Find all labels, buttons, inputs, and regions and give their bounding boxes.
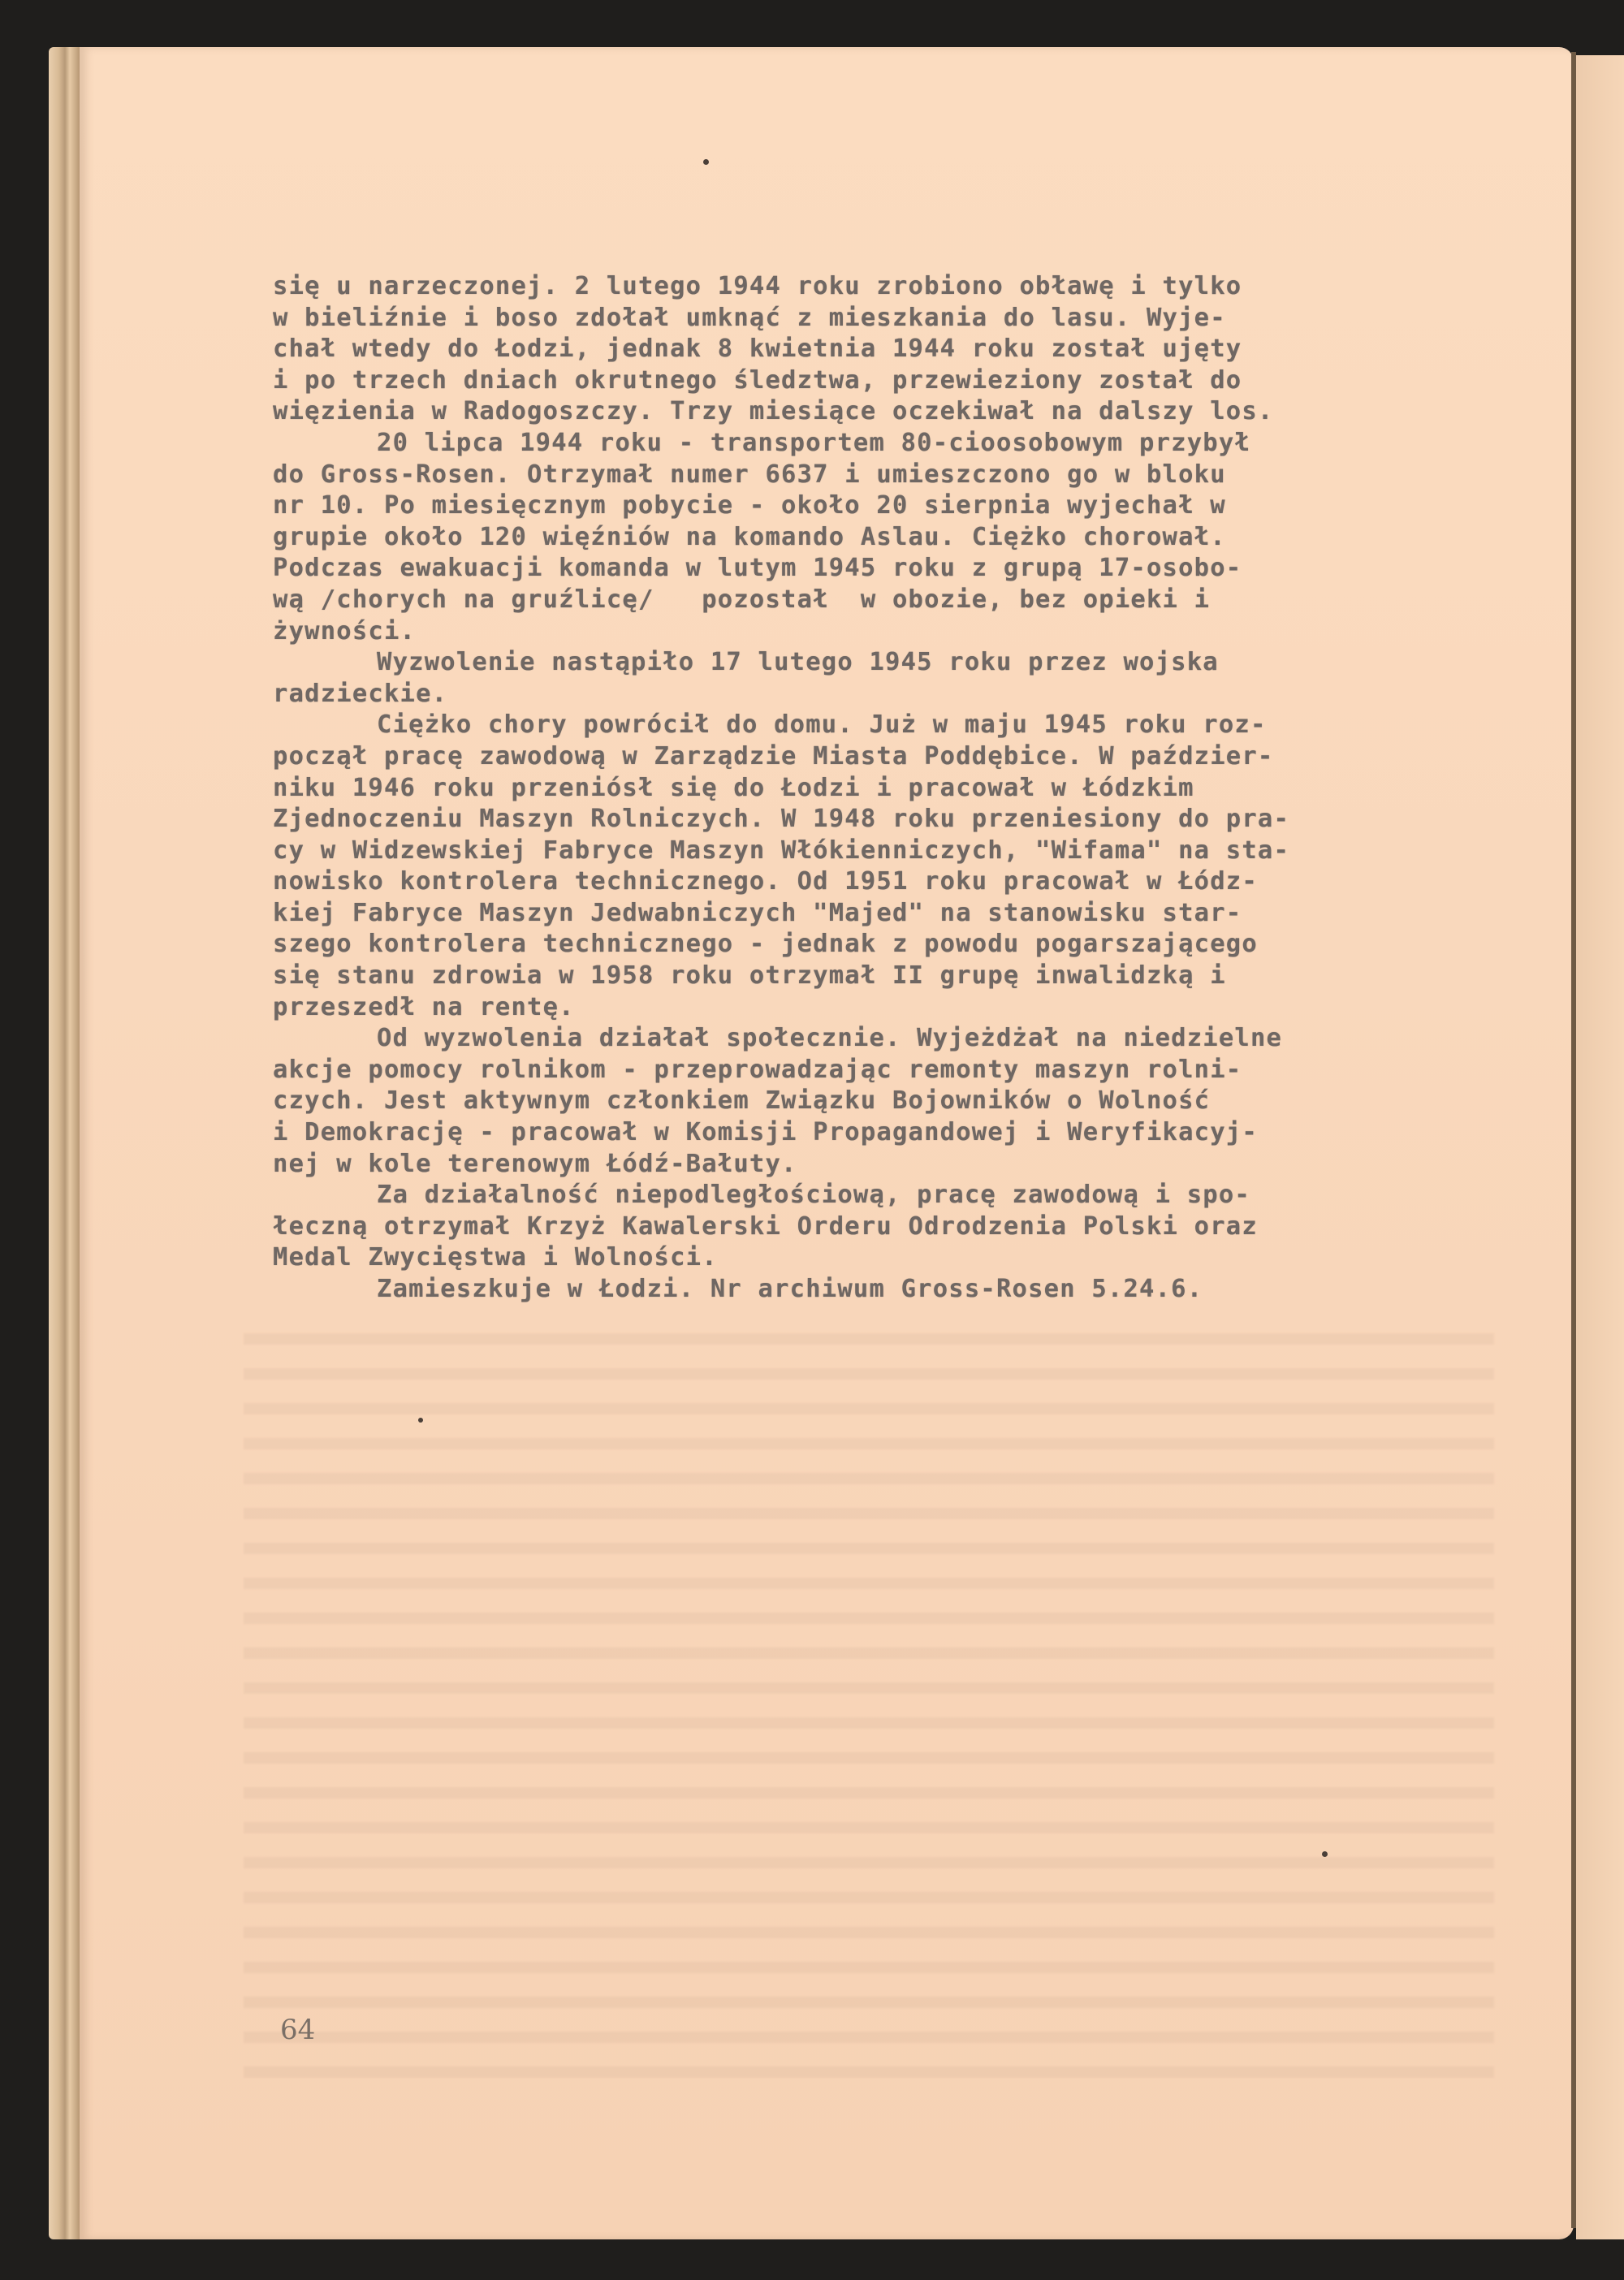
text-line: i po trzech dniach okrutnego śledztwa, p… [273, 365, 1483, 397]
text-line: Ciężko chory powrócił do domu. Już w maj… [273, 710, 1483, 741]
text-line: cy w Widzewskiej Fabryce Maszyn Włókienn… [273, 836, 1483, 867]
text-line: 20 lipca 1944 roku - transportem 80-cioo… [273, 428, 1483, 460]
page-number: 64 [280, 2014, 315, 2046]
text-line: Za działalność niepodległościową, pracę … [273, 1180, 1483, 1211]
text-line: Podczas ewakuacji komanda w lutym 1945 r… [273, 553, 1483, 585]
text-line: nr 10. Po miesięcznym pobycie - około 20… [273, 490, 1483, 522]
typewritten-text: się u narzeczonej. 2 lutego 1944 roku zr… [273, 271, 1483, 1306]
text-line: począł pracę zawodową w Zarządzie Miasta… [273, 741, 1483, 773]
text-line: w bieliźnie i boso zdołał umknąć z miesz… [273, 303, 1483, 335]
text-line: kiej Fabryce Maszyn Jedwabniczych "Majed… [273, 898, 1483, 930]
text-line: Zamieszkuje w Łodzi. Nr archiwum Gross-R… [273, 1274, 1483, 1306]
text-line: Od wyzwolenia działał społecznie. Wyjeżd… [273, 1023, 1483, 1055]
text-line: chał wtedy do Łodzi, jednak 8 kwietnia 1… [273, 334, 1483, 365]
text-line: grupie około 120 więźniów na komando Asl… [273, 522, 1483, 554]
text-line: przeszedł na rentę. [273, 992, 1483, 1024]
next-page-edge [1576, 55, 1624, 2239]
text-line: się u narzeczonej. 2 lutego 1944 roku zr… [273, 271, 1483, 303]
book-page-edges [49, 47, 81, 2239]
show-through-text [244, 1315, 1494, 2087]
text-line: łeczną otrzymał Krzyż Kawalerski Orderu … [273, 1211, 1483, 1243]
ink-speck [1322, 1851, 1328, 1857]
text-line: szego kontrolera technicznego - jednak z… [273, 929, 1483, 961]
text-line: Medal Zwycięstwa i Wolności. [273, 1242, 1483, 1274]
text-line: radzieckie. [273, 679, 1483, 710]
text-line: nej w kole terenowym Łódź-Bałuty. [273, 1149, 1483, 1181]
text-line: i Demokrację - pracował w Komisji Propag… [273, 1117, 1483, 1149]
text-line: niku 1946 roku przeniósł się do Łodzi i … [273, 773, 1483, 805]
text-line: więzienia w Radogoszczy. Trzy miesiące o… [273, 396, 1483, 428]
text-line: się stanu zdrowia w 1958 roku otrzymał I… [273, 961, 1483, 992]
ink-speck [418, 1418, 423, 1423]
text-line: wą /chorych na gruźlicę/ pozostał w oboz… [273, 585, 1483, 616]
text-line: do Gross-Rosen. Otrzymał numer 6637 i um… [273, 460, 1483, 491]
ink-speck [703, 159, 709, 165]
text-line: Zjednoczeniu Maszyn Rolniczych. W 1948 r… [273, 804, 1483, 836]
text-line: akcje pomocy rolnikom - przeprowadzając … [273, 1055, 1483, 1086]
text-line: czych. Jest aktywnym członkiem Związku B… [273, 1086, 1483, 1117]
text-line: Wyzwolenie nastąpiło 17 lutego 1945 roku… [273, 647, 1483, 679]
text-line: żywności. [273, 616, 1483, 648]
text-line: nowisko kontrolera technicznego. Od 1951… [273, 866, 1483, 898]
